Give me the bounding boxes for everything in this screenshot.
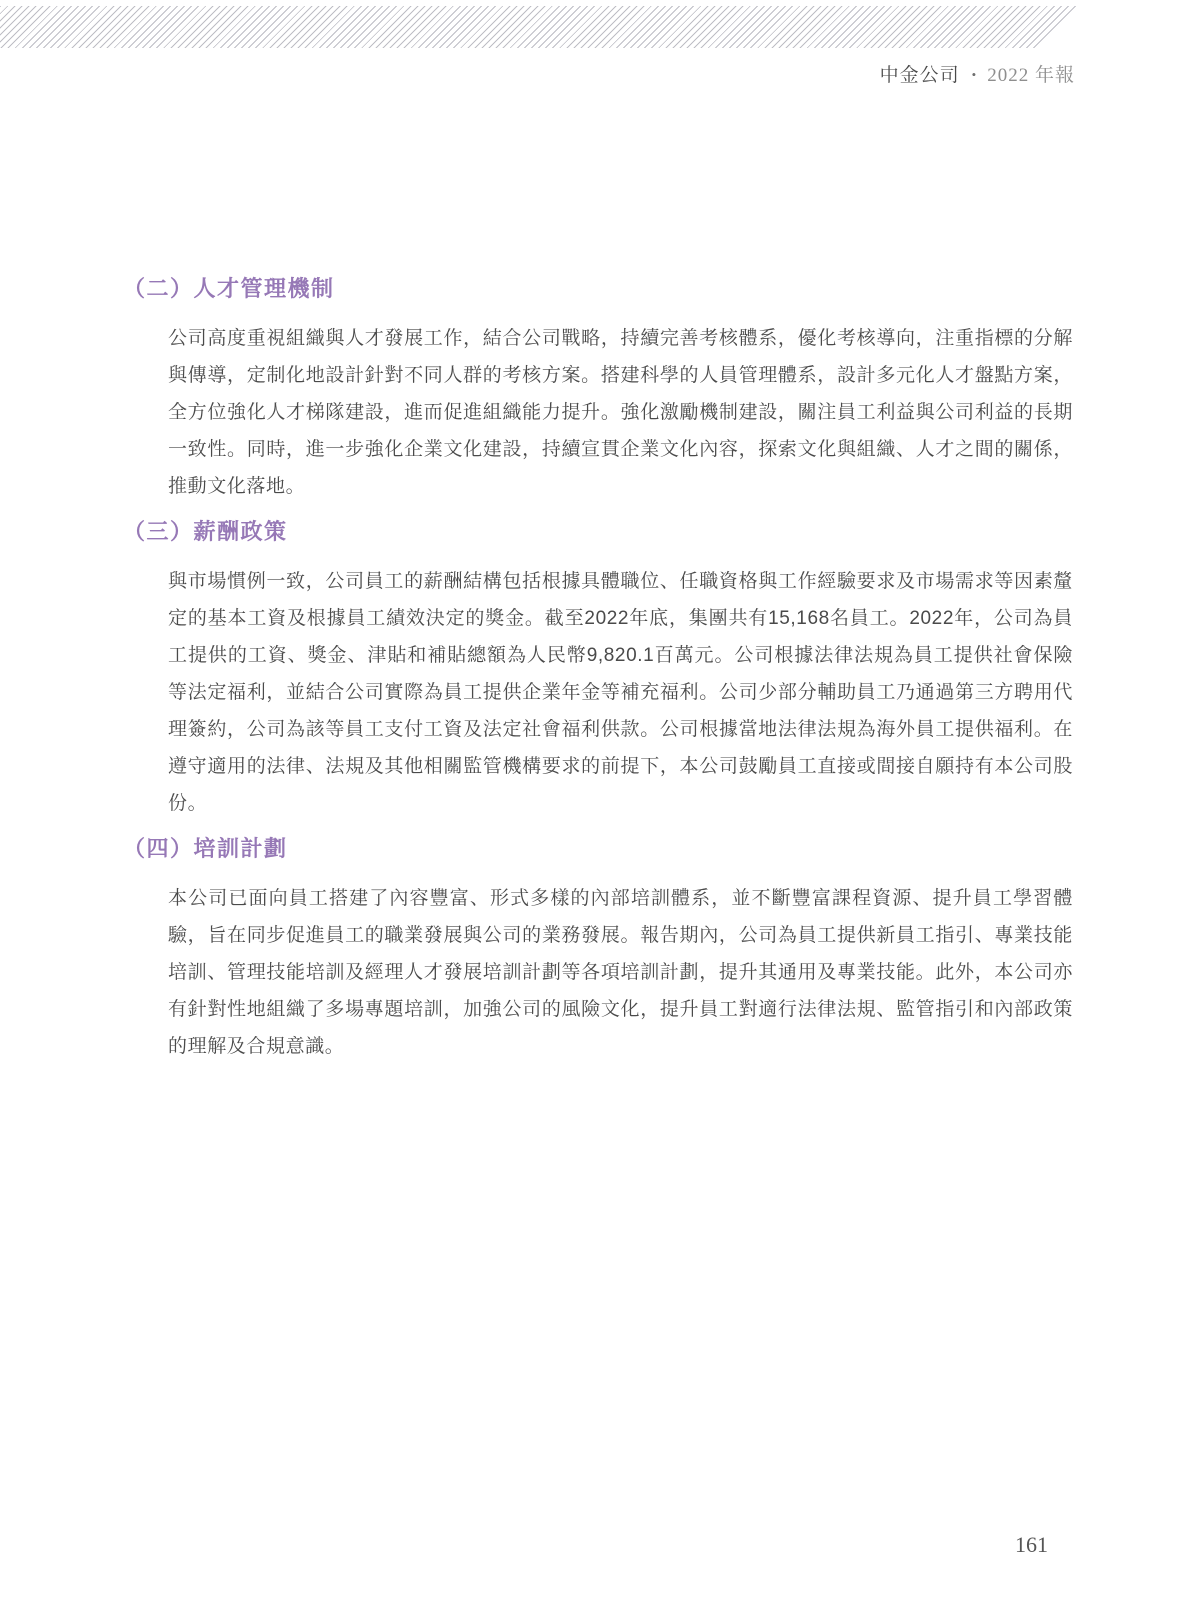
section-heading: （三）薪酬政策 bbox=[123, 515, 1073, 549]
section-heading: （四）培訓計劃 bbox=[123, 832, 1073, 866]
section-heading: （二）人才管理機制 bbox=[123, 272, 1073, 306]
section-body: 公司高度重視組織與人才發展工作，結合公司戰略，持續完善考核體系，優化考核導向，注… bbox=[168, 320, 1073, 505]
section-body: 本公司已面向員工搭建了內容豐富、形式多樣的內部培訓體系，並不斷豐富課程資源、提升… bbox=[168, 880, 1073, 1065]
page-content: （二）人才管理機制 公司高度重視組織與人才發展工作，結合公司戰略，持續完善考核體… bbox=[123, 272, 1073, 1065]
hatch-pattern-band bbox=[0, 6, 1078, 48]
separator-dot-icon: • bbox=[972, 67, 978, 83]
page-number: 161 bbox=[0, 1532, 1048, 1558]
brand-name: 中金公司 bbox=[880, 65, 960, 86]
section-training-plan: （四）培訓計劃 本公司已面向員工搭建了內容豐富、形式多樣的內部培訓體系，並不斷豐… bbox=[123, 832, 1073, 1065]
running-head: 中金公司•2022 年報 bbox=[0, 60, 1075, 87]
section-body: 與市場慣例一致，公司員工的薪酬結構包括根據具體職位、任職資格與工作經驗要求及市場… bbox=[168, 563, 1073, 822]
section-remuneration-policy: （三）薪酬政策 與市場慣例一致，公司員工的薪酬結構包括根據具體職位、任職資格與工… bbox=[123, 515, 1073, 822]
section-talent-management: （二）人才管理機制 公司高度重視組織與人才發展工作，結合公司戰略，持續完善考核體… bbox=[123, 272, 1073, 505]
report-edition: 2022 年報 bbox=[987, 65, 1075, 86]
